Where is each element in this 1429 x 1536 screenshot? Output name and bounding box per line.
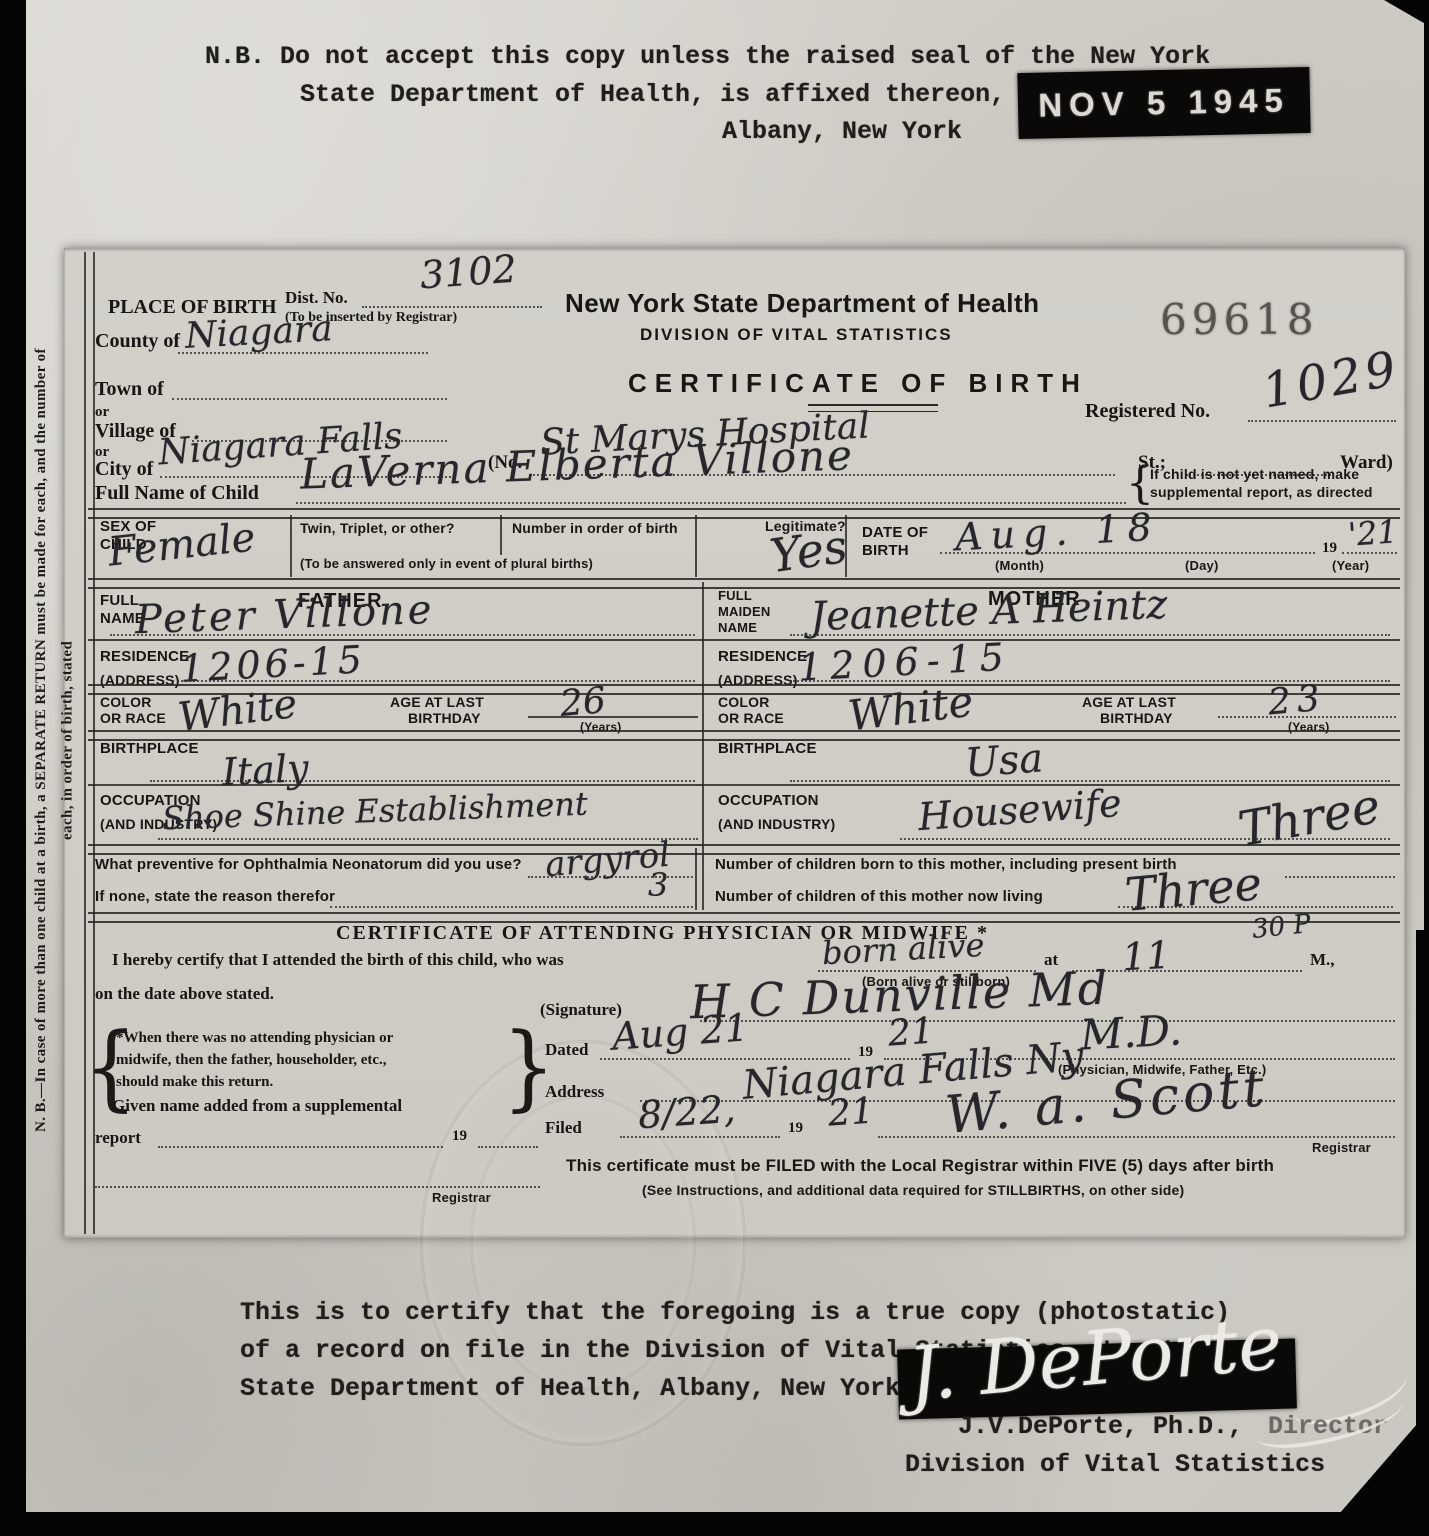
division-subtitle: DIVISION OF VITAL STATISTICS	[640, 325, 953, 345]
order-label: Number in order of birth	[512, 520, 678, 536]
mother-occupation-label: OCCUPATION	[718, 792, 819, 809]
child-name-label: Full Name of Child	[95, 482, 259, 505]
dob-year-printed: 19	[1322, 540, 1337, 557]
corner-shadow-top-right	[1384, 0, 1429, 26]
children-born-label: Number of children born to this mother, …	[715, 856, 1177, 873]
address-label: Address	[545, 1082, 604, 1102]
county-line	[178, 352, 428, 354]
plural-note: (To be answered only in event of plural …	[300, 556, 593, 571]
dated-md-value: M.D.	[1079, 1005, 1183, 1059]
dob-line	[940, 552, 1315, 554]
father-color-label1: COLOR	[100, 694, 152, 710]
father-color-label2: OR RACE	[100, 710, 166, 726]
filed-19: 19	[788, 1120, 803, 1137]
filed-value: 8/22,	[637, 1087, 737, 1138]
child-note-line1: If child is not yet named, make	[1150, 466, 1359, 482]
dob-year-line	[1342, 552, 1397, 554]
children-living-label: Number of children of this mother now li…	[715, 888, 1043, 905]
mother-birthplace-line	[790, 780, 1390, 782]
father-age-label2: BIRTHDAY	[408, 710, 481, 726]
father-residence-label: RESIDENCE	[100, 648, 189, 665]
dob-year-value: '21	[1347, 512, 1399, 553]
mother-full-label2: MAIDEN	[718, 604, 770, 619]
dist-no-line	[362, 306, 542, 308]
mother-industry-label: (AND INDUSTRY)	[718, 816, 835, 832]
parent-center-divider	[702, 582, 704, 910]
given-19: 19	[452, 1128, 467, 1145]
edge-shadow-right	[1416, 930, 1429, 1536]
sex-row-divider1	[290, 515, 292, 577]
if-none-label: If none, state the reason therefor	[95, 888, 335, 905]
if-none-line	[330, 906, 693, 908]
department-title: New York State Department of Health	[565, 288, 1040, 319]
footnote-line1: *When there was no attending physician o…	[116, 1030, 393, 1047]
county-value: Niagara	[184, 308, 334, 357]
registered-line	[1248, 420, 1396, 422]
m-label: M.,	[1310, 950, 1335, 970]
footer-division-line: Division of Vital Statistics	[905, 1450, 1325, 1479]
preventive-answer2: 3	[648, 866, 668, 904]
father-age-value: 26	[558, 680, 607, 725]
preventive-divider	[695, 848, 697, 910]
footnote-line2: midwife, then the father, householder, e…	[116, 1052, 387, 1069]
report-year-line	[478, 1146, 538, 1148]
year-note: (Year)	[1332, 558, 1369, 573]
mother-name-line	[790, 634, 1390, 636]
month-note: (Month)	[995, 558, 1044, 573]
dist-no-value: 3102	[419, 247, 519, 298]
certificate-title: CERTIFICATE OF BIRTH	[628, 368, 1088, 399]
child-name-line	[296, 502, 1126, 504]
child-note-line2: supplemental report, as directed	[1150, 484, 1373, 500]
dated-label: Dated	[545, 1040, 588, 1060]
children-living-line	[1118, 906, 1393, 908]
time-superscript: 30 P	[1251, 909, 1313, 945]
mother-age-label1: AGE AT LAST	[1082, 694, 1176, 710]
father-name-line	[110, 634, 695, 636]
sex-row-divider3	[695, 515, 697, 577]
given-name-line2: report	[95, 1128, 141, 1148]
filed-sig-line	[878, 1136, 1395, 1138]
top-note-line3: Albany, New York	[722, 117, 962, 146]
rule-above-sex-row	[88, 508, 1400, 519]
certify-post: on the date above stated.	[95, 984, 274, 1004]
father-birthplace-value: Italy	[221, 746, 310, 794]
rule-below-birthplace-row	[88, 784, 1400, 786]
city-label: City of	[95, 458, 153, 481]
rule-below-occupation-row	[88, 844, 1400, 855]
registered-label: Registered No.	[1085, 400, 1210, 423]
father-birthplace-line	[150, 780, 695, 782]
date-stamp-text: NOV 5 1945	[1038, 81, 1290, 124]
mother-residence-label: RESIDENCE	[718, 648, 807, 665]
filed-line	[620, 1136, 780, 1138]
filing-rule: This certificate must be FILED with the …	[566, 1156, 1274, 1176]
legitimate-value: Yes	[767, 519, 851, 583]
mother-full-label1: FULL	[718, 588, 752, 603]
or-label-a: or	[95, 404, 109, 421]
father-age-line	[528, 716, 698, 718]
day-note: (Day)	[1185, 558, 1219, 573]
children-born-line	[1285, 876, 1395, 878]
mother-color-label2: OR RACE	[718, 710, 784, 726]
footer-line3: State Department of Health, Albany, New …	[240, 1374, 900, 1403]
document-scan: N.B. Do not accept this copy unless the …	[0, 0, 1429, 1536]
top-note-line1: N.B. Do not accept this copy unless the …	[205, 42, 1210, 71]
footer-name-line: J.V.DePorte, Ph.D.,	[958, 1412, 1243, 1441]
dist-no-label: Dist. No.	[285, 288, 348, 308]
filed-label: Filed	[545, 1118, 582, 1138]
footnote-brace-close: }	[502, 1013, 555, 1121]
father-full-label1: FULL	[100, 592, 139, 609]
date-stamp: NOV 5 1945	[1017, 67, 1310, 139]
serial-number: 69618	[1160, 295, 1319, 344]
mother-age-line	[1218, 716, 1396, 718]
sex-row-divider2	[500, 515, 502, 555]
filing-note: (See Instructions, and additional data r…	[642, 1182, 1184, 1198]
father-residence-line	[172, 680, 695, 682]
mother-color-label1: COLOR	[718, 694, 770, 710]
certify-pre: I hereby certify that I attended the bir…	[112, 950, 564, 970]
preventive-question: What preventive for Ophthalmia Neonatoru…	[95, 856, 522, 873]
twin-label: Twin, Triplet, or other?	[300, 520, 455, 536]
father-age-label1: AGE AT LAST	[390, 694, 484, 710]
filed-year-value: 21	[827, 1090, 876, 1134]
footnote-line3: should make this return.	[116, 1074, 273, 1091]
given-name-line1: Given name added from a supplemental	[112, 1096, 402, 1116]
town-line	[172, 398, 447, 400]
registrar-left-line	[95, 1186, 540, 1188]
mother-age-label2: BIRTHDAY	[1100, 710, 1173, 726]
mother-birthplace-label: BIRTHPLACE	[718, 740, 817, 757]
town-label: Town of	[95, 378, 164, 401]
dob-label-1: DATE OF	[862, 524, 928, 541]
mother-birthplace-value: Usa	[963, 735, 1044, 786]
signature-line	[700, 1020, 1395, 1022]
side-margin-note: N. B.—In case of more than one child at …	[28, 340, 86, 1140]
mother-full-label3: NAME	[718, 620, 757, 635]
registrar-left-label: Registrar	[432, 1190, 491, 1205]
report-line	[158, 1146, 443, 1148]
county-label: County of	[95, 330, 180, 353]
father-birthplace-label: BIRTHPLACE	[100, 740, 199, 757]
dob-label-2: BIRTH	[862, 542, 909, 559]
registrar-right-label: Registrar	[1312, 1140, 1371, 1155]
time-value: 11	[1121, 933, 1172, 979]
preventive-line	[528, 876, 693, 878]
top-note-line2: State Department of Health, is affixed t…	[300, 80, 1005, 109]
